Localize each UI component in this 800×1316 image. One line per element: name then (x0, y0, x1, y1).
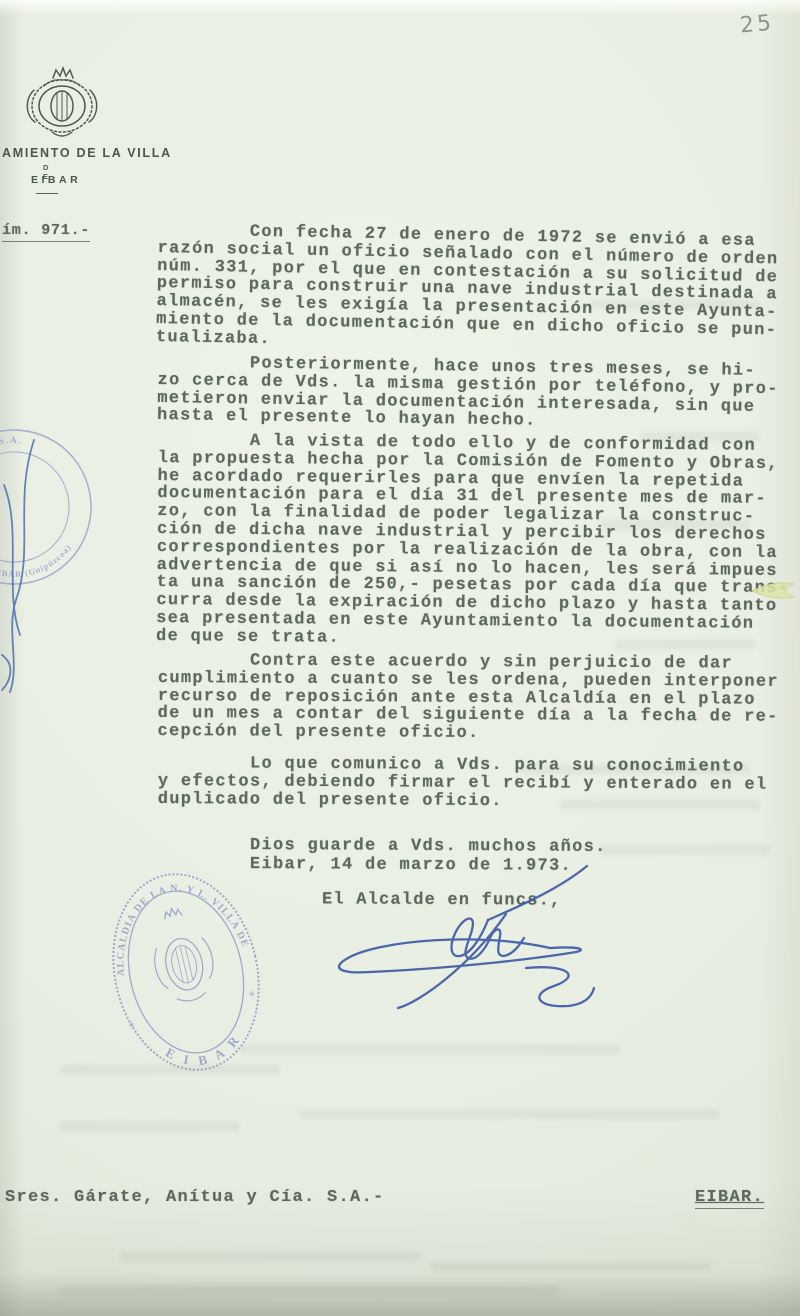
bleed-through-mark (430, 1262, 710, 1271)
document-body: Con fecha 27 de enero de 1972 se envió a… (158, 222, 800, 816)
page-number-annotation: 25 (739, 11, 775, 39)
stamp-rosette-icon: ✳ (127, 1019, 137, 1032)
body-paragraph: Con fecha 27 de enero de 1972 se envió a… (156, 222, 800, 358)
recipient-signature-icon (0, 430, 48, 700)
mayor-signature-icon (310, 856, 655, 1056)
stamp-ring-text: ALCALDIA DE LA N. Y L. VILLA DE (98, 869, 251, 978)
body-paragraph: A la vista de todo ello y de conformidad… (156, 432, 800, 652)
bleed-through-mark (300, 1110, 720, 1119)
body-paragraph: Contra este acuerdo y sin perjuicio de d… (157, 652, 800, 745)
margin-arrow-icon (750, 578, 796, 604)
addressee-line: Sres. Gárate, Anítua y Cía. S.A.- (5, 1188, 385, 1207)
addressee-city: EIBAR. (695, 1188, 764, 1209)
org-name-line: AMIENTO DE LA VILLA (2, 146, 172, 160)
body-paragraph: Posteriormente, hace unos tres meses, se… (157, 354, 800, 435)
letterhead-rule (36, 193, 58, 194)
bleed-through-mark (60, 1122, 240, 1131)
svg-text:ALCALDIA DE LA N. Y L. VILLA D: ALCALDIA DE LA N. Y L. VILLA DE (98, 869, 251, 978)
bleed-through-mark (120, 1252, 420, 1261)
document-page: 25 AMIENTO DE LA VILLA D E EIBAR ím. 971… (0, 0, 800, 1316)
bleed-through-mark (600, 845, 770, 854)
org-city-line: EIBAR (31, 174, 81, 186)
body-paragraph: Lo que comunico a Vds. para su conocimie… (158, 755, 800, 812)
svg-text:E I B A R: E I B A R (161, 1028, 249, 1076)
reference-number: ím. 971.- (2, 222, 90, 242)
mayoral-stamp-icon: ALCALDIA DE LA N. Y L. VILLA DE E I B A … (78, 846, 293, 1099)
stamp-city-text: E I B A R (161, 1028, 249, 1076)
bleed-through-mark (60, 1286, 560, 1295)
coat-of-arms-icon (16, 62, 108, 144)
stamp-rosette-icon: ✳ (248, 988, 258, 1001)
